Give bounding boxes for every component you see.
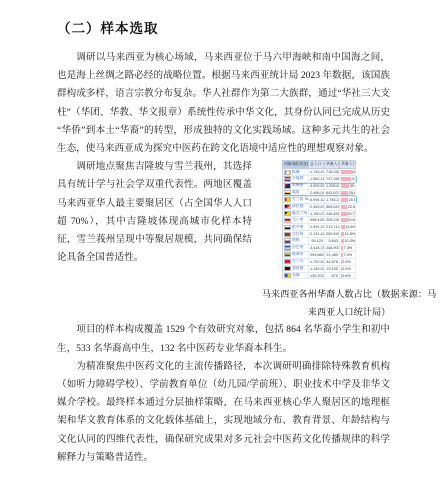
state-flag-icon (284, 232, 291, 237)
percentage-value: 20.6% (347, 218, 355, 222)
table-row: 雪兰莪 Selangor6,994,4231,758,28125.1% (283, 196, 356, 203)
percentage-bar (341, 191, 348, 195)
state-name: 吉兰丹 (292, 259, 303, 263)
total-population-cell: 1,792,501 (309, 258, 325, 265)
state-name: 沙巴州 (292, 245, 303, 249)
state-name-cell: 登嘉楼 (283, 265, 309, 272)
state-name: 柔佛州 (292, 183, 303, 187)
state-name: 布城 (292, 273, 300, 277)
population-table-figure: 州属或联邦直辖区 ▾总人口 ▾华裔人口 ▾华裔人口 (%) ▾ 槟城1,740,… (260, 160, 438, 321)
chinese-percentage-cell: 10.3% (340, 238, 356, 245)
state-name: 森美兰州 (292, 211, 307, 215)
table-row: 槟城1,740,405718,28241.3% (283, 169, 356, 176)
table-row: 登嘉楼1,149,44023,1952.0% (283, 265, 356, 272)
state-flag-icon (284, 252, 291, 257)
total-population-cell: 2,453,677 (309, 203, 325, 210)
chinese-population-cell: 1,758,281 (325, 196, 340, 203)
percentage-value: 22.6% (348, 205, 356, 209)
state-name-cell: 玻璃市 (283, 251, 309, 258)
total-population-cell: 1,591,295 (309, 224, 325, 231)
state-name-cell: 槟城 (283, 169, 309, 176)
chinese-population-cell: 250,690 (325, 231, 340, 238)
chinese-percentage-cell: 25.1% (340, 196, 356, 203)
total-population-cell: 1,740,405 (309, 169, 325, 176)
state-flag-icon (284, 245, 291, 250)
state-name: 砂拉越 (292, 204, 303, 208)
percentage-value: 20.7% (347, 212, 355, 216)
chinese-percentage-cell: 2.0% (340, 265, 356, 272)
table-header-cell: 华裔人口 ▾ (325, 161, 340, 169)
state-name-cell: 纳闽 (283, 238, 309, 245)
figure-caption: 马来西亚各州华裔人数占比（数据来源：马来西亚人口统计局） (260, 285, 438, 321)
table-row: 马六甲998,428205,23920.6% (283, 217, 356, 224)
state-flag-icon (284, 273, 291, 278)
chinese-percentage-cell: 13.4% (340, 224, 356, 231)
state-name: 吉打州 (292, 232, 303, 236)
total-population-cell: 4,009,670 (309, 183, 325, 190)
state-name: 彭亨州 (292, 225, 303, 229)
state-name-cell: 吉兰丹 (283, 258, 309, 265)
chinese-population-cell: 718,282 (325, 169, 340, 176)
chinese-percentage-cell: 11.8% (340, 231, 356, 238)
table-row: 砂拉越2,453,677554,64322.6% (283, 203, 356, 210)
state-flag-icon (284, 266, 291, 271)
state-name-cell: 吉隆坡 (283, 176, 309, 183)
paragraph-sample-composition: 项目的样本构成覆盖 1529 个有效研究对象，包括 864 名华裔小学生和初中生… (57, 321, 390, 357)
state-name-cell: 森美兰州 (283, 210, 309, 217)
chinese-percentage-cell: 7.2% (340, 251, 356, 258)
state-name-cell: 吉打州 (283, 231, 309, 238)
state-name: 登嘉楼 (292, 266, 303, 270)
percentage-value: 11.8% (345, 232, 355, 236)
total-population-cell: 2,131,427 (309, 231, 325, 238)
table-row: 彭亨州1,591,295213,71213.4% (283, 224, 356, 231)
state-flag-icon (284, 204, 291, 209)
state-name-cell: 霹雳 (283, 189, 309, 196)
chinese-percentage-cell: 7.3% (340, 245, 356, 252)
chinese-population-cell: 554,643 (325, 203, 340, 210)
state-name: 马六甲 (292, 218, 303, 222)
state-flag-icon (284, 225, 291, 230)
chinese-percentage-cell: 30.1% (340, 183, 356, 190)
state-flag-icon (284, 190, 291, 195)
percentage-value: 37.2% (352, 177, 356, 181)
percentage-bar (341, 177, 351, 181)
chinese-percentage-cell: 41.3% (340, 169, 356, 176)
percentage-value: 10.3% (344, 239, 355, 243)
percentage-bar (341, 212, 347, 216)
percentage-value: 7.3% (344, 246, 353, 250)
sort-icon: ▾ (322, 162, 324, 166)
table-header-cell: 华裔人口 (%) ▾ (340, 161, 356, 169)
state-flag-icon (284, 197, 291, 202)
percentage-value: 13.4% (345, 225, 355, 229)
chinese-population-cell: 670 (325, 272, 340, 279)
table-row: 玻璃市294,86021,4807.2% (283, 251, 356, 258)
state-name: 槟城 (292, 170, 300, 174)
chinese-percentage-cell: 22.6% (340, 203, 356, 210)
chinese-population-cell: 213,712 (325, 224, 340, 231)
table-header-cell: 总人口 ▾ (309, 161, 325, 169)
state-name: 纳闽 (292, 239, 300, 243)
state-flag-icon (284, 170, 291, 175)
table-row: 布城105,2026700.6% (283, 272, 356, 279)
table-row: 森美兰州1,190,074246,45020.7% (283, 210, 356, 217)
state-name-cell: 布城 (283, 272, 309, 279)
state-name: 霹雳 (292, 190, 300, 194)
percentage-bar (341, 218, 347, 222)
percentage-bar (341, 198, 348, 202)
chinese-percentage-cell: 20.7% (340, 210, 356, 217)
state-flag-icon (284, 176, 291, 181)
paragraph-overview: 调研以马来西亚为核心场域，马来西亚位于马六甲海峡和南中国海之间，也是海上丝绸之路… (57, 49, 390, 158)
percentage-value: 30.1% (350, 184, 356, 188)
state-name-cell: 柔佛州 (283, 183, 309, 190)
chinese-population-cell: 23,195 (325, 265, 340, 272)
table-header: 州属或联邦直辖区 ▾总人口 ▾华裔人口 ▾华裔人口 (%) ▾ (283, 161, 356, 169)
chinese-population-cell: 21,480 (325, 251, 340, 258)
state-name: 吉隆坡 (292, 177, 303, 181)
chinese-percentage-cell: 20.6% (340, 217, 356, 224)
chinese-population-cell: 44,878 (325, 258, 340, 265)
state-flag-icon (284, 238, 291, 243)
table-row: 吉打州2,131,427250,69011.8% (283, 231, 356, 238)
chinese-population-cell: 643,627 (325, 189, 340, 196)
section-heading: （二）样本选取 (57, 17, 390, 37)
state-name-cell: 砂拉越 (283, 203, 309, 210)
table-header-cell: 州属或联邦直辖区 ▾ (283, 161, 309, 169)
table-row: 纳闽95,1209,84310.3% (283, 238, 356, 245)
total-population-cell: 2,496,041 (309, 189, 325, 196)
total-population-cell: 1,149,440 (309, 265, 325, 272)
state-name-cell: 雪兰莪 Selangor (283, 196, 309, 203)
percentage-value: 2.0% (342, 267, 351, 271)
percentage-value: 25.8% (349, 191, 356, 195)
percentage-bar (341, 232, 344, 236)
state-name-cell: 马六甲 (283, 217, 309, 224)
total-population-cell: 95,120 (309, 238, 325, 245)
table-row: 霹雳2,496,041643,62725.8% (283, 189, 356, 196)
total-population-cell: 1,190,074 (309, 210, 325, 217)
paragraph-sampling-strategy: 为精准聚焦中医药文化的主流传播路径，本次调研明确排除特殊教育机构（如听力障碍学校… (57, 358, 390, 467)
state-name: 玻璃市 (292, 252, 303, 256)
chinese-population-cell: 9,843 (325, 238, 340, 245)
total-population-cell: 294,860 (309, 251, 325, 258)
state-flag-icon (284, 218, 291, 223)
percentage-bar (341, 184, 349, 188)
state-name: 雪兰莪 Selangor (292, 197, 309, 201)
chinese-population-cell: 737,281 (325, 176, 340, 183)
percentage-value: 7.2% (344, 253, 353, 257)
table-row: 吉兰丹1,792,50144,8782.5% (283, 258, 356, 265)
chinese-population-cell: 205,239 (325, 217, 340, 224)
percentage-value: 25.1% (349, 198, 356, 202)
table-row: 吉隆坡1,982,112737,28137.2% (283, 176, 356, 183)
state-name-cell: 彭亨州 (283, 224, 309, 231)
chinese-percentage-cell: 0.6% (340, 272, 356, 279)
state-flag-icon (284, 211, 291, 216)
total-population-cell: 3,418,785 (309, 245, 325, 252)
percentage-value: 0.6% (342, 274, 351, 278)
percentage-value: 41.3% (353, 170, 355, 174)
total-population-cell: 998,428 (309, 217, 325, 224)
state-chinese-population-table: 州属或联邦直辖区 ▾总人口 ▾华裔人口 ▾华裔人口 (%) ▾ 槟城1,740,… (282, 160, 356, 279)
chinese-percentage-cell: 25.8% (340, 189, 356, 196)
percentage-value: 2.5% (342, 260, 351, 264)
table-row: 沙巴州3,418,785248,9007.3% (283, 245, 356, 252)
chinese-population-cell: 246,450 (325, 210, 340, 217)
percentage-bar (341, 170, 353, 174)
state-flag-icon (284, 183, 291, 188)
total-population-cell: 6,994,423 (309, 196, 325, 203)
state-flag-icon (284, 259, 291, 264)
total-population-cell: 1,982,112 (309, 176, 325, 183)
table-row: 柔佛州4,009,6701,208,65230.1% (283, 183, 356, 190)
document-page: （二）样本选取 调研以马来西亚为核心场域，马来西亚位于马六甲海峡和南中国海之间，… (0, 0, 442, 500)
state-name-cell: 沙巴州 (283, 245, 309, 252)
chinese-percentage-cell: 2.5% (340, 258, 356, 265)
percentage-bar (341, 205, 347, 209)
chinese-percentage-cell: 37.2% (340, 176, 356, 183)
total-population-cell: 105,202 (309, 272, 325, 279)
chinese-population-cell: 1,208,652 (325, 183, 340, 190)
chinese-population-cell: 248,900 (325, 245, 340, 252)
